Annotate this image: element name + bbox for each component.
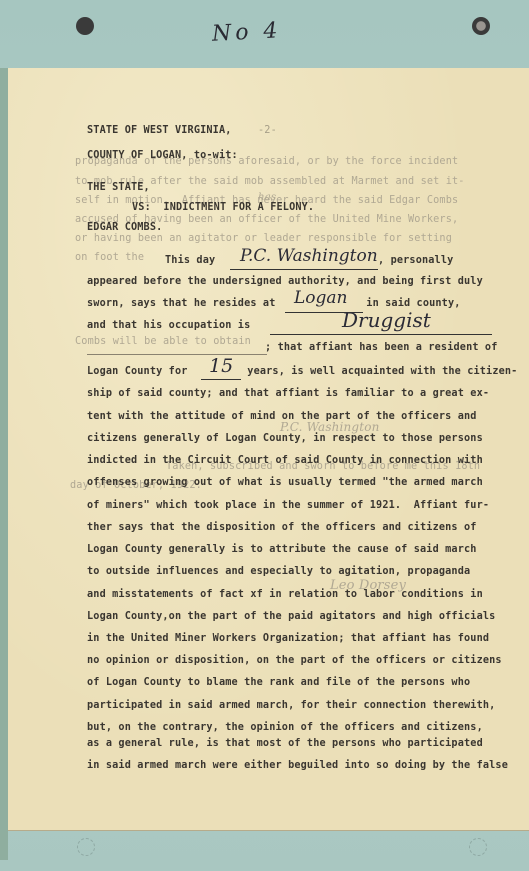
- body-line: but, on the contrary, the opinion of the…: [87, 722, 483, 733]
- caption-versus: VS: INDICTMENT FOR A FELONY.: [132, 202, 314, 213]
- affidavit-page: propaganda of the persons aforesaid, or …: [8, 68, 529, 831]
- ghost-line: or having been an agitator or leader res…: [75, 233, 452, 244]
- body-line: as a general rule, is that most of the p…: [87, 738, 483, 749]
- body-line: in said armed march were either beguiled…: [87, 760, 508, 771]
- handwritten-years: 15: [209, 355, 233, 377]
- punch-hole-left: [76, 17, 94, 35]
- body-line: tent with the attitude of mind on the pa…: [87, 411, 477, 422]
- body-line: , personally: [378, 255, 453, 266]
- handwritten-residence: Logan: [294, 288, 348, 308]
- blank-line-years: [201, 379, 241, 380]
- caption-plaintiff: THE STATE,: [87, 182, 150, 193]
- caption-county: COUNTY OF LOGAN, to-wit:: [87, 150, 238, 161]
- body-line: offenses growing out of what is usually …: [87, 477, 483, 488]
- blank-line-name: [230, 269, 378, 270]
- punch-hole-ghost-right: [469, 838, 487, 856]
- body-line: in the United Miner Workers Organization…: [87, 633, 489, 644]
- body-line: citizens generally of Logan County, in r…: [87, 433, 483, 444]
- blank-line-occupation: [270, 334, 492, 335]
- handwritten-occupation: Druggist: [342, 308, 431, 332]
- caption-defendant: EDGAR COMBS.: [87, 222, 162, 233]
- body-line: of Logan County to blame the rank and fi…: [87, 677, 470, 688]
- ghost-line: Combs will be able to obtain: [75, 336, 251, 347]
- folder-number-handwritten: No 4: [211, 18, 282, 47]
- body-line: to outside influences and especially to …: [87, 566, 470, 577]
- punch-hole-right: [472, 17, 490, 35]
- caption-state: STATE OF WEST VIRGINIA,: [87, 125, 232, 136]
- body-line: ther says that the disposition of the of…: [87, 522, 477, 533]
- ghost-line: on foot the: [75, 252, 144, 263]
- punch-hole-ghost-left: [77, 838, 95, 856]
- body-line: appeared before the undersigned authorit…: [87, 276, 483, 287]
- body-line: and that his occupation is: [87, 320, 257, 331]
- handwritten-affiant-name: P.C. Washington: [240, 246, 378, 266]
- ghost-handwriting: P.C. Washington: [280, 420, 379, 434]
- page-marker: -2-: [258, 125, 277, 136]
- body-line: no opinion or disposition, on the part o…: [87, 655, 502, 666]
- body-line: indicted in the Circuit Court of said Co…: [87, 455, 483, 466]
- blank-line-continued: [87, 354, 267, 355]
- body-line: Logan County generally is to attribute t…: [87, 544, 477, 555]
- body-line: ship of said county; and that affiant is…: [87, 388, 489, 399]
- body-line: sworn, says that he resides at: [87, 298, 282, 309]
- body-line: Logan County for: [87, 366, 194, 377]
- paper-stack-edge: [0, 68, 8, 860]
- body-line: years, is well acquainted with the citiz…: [241, 366, 517, 377]
- body-line: ; that affiant has been a resident of: [265, 342, 498, 353]
- body-line: and misstatements of fact xf in relation…: [87, 589, 483, 600]
- body-line: This day: [165, 255, 222, 266]
- body-line: of miners" which took place in the summe…: [87, 500, 489, 511]
- body-line: Logan County,on the part of the paid agi…: [87, 611, 495, 622]
- body-line: participated in said armed march, for th…: [87, 700, 495, 711]
